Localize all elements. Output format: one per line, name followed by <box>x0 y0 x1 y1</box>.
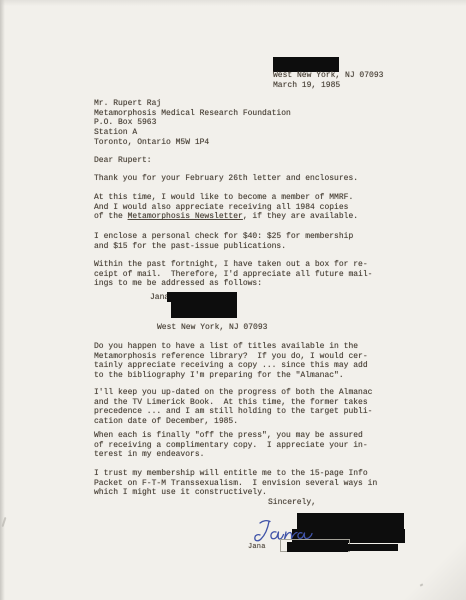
paragraph-line: and the TV Limerick Book. At this time, … <box>94 398 372 408</box>
inset-address-city: West New York, NJ 07093 <box>157 323 267 333</box>
salutation: Dear Rupert: <box>94 156 152 166</box>
paragraph-line: At this time, I would like to become a m… <box>94 193 358 203</box>
paragraph-line: I'll keep you up-dated on the progress o… <box>94 388 372 398</box>
recipient-station: Station A <box>94 128 291 138</box>
paragraph-line: and $15 for the past-issue publications. <box>94 242 353 252</box>
paragraph-line: to the bibliography I'm preparing for th… <box>94 371 368 381</box>
recipient-city: Toronto, Ontario M5W 1P4 <box>94 138 291 148</box>
pencil-mark <box>2 517 7 527</box>
recipient-block: Mr. Rupert Raj Metamorphosis Medical Res… <box>94 99 291 148</box>
paragraph-line: When each is finally "off the press", yo… <box>94 431 368 441</box>
paragraph-line: cation date of December, 1985. <box>94 417 372 427</box>
paragraph-1: Thank you for your February 26th letter … <box>94 174 358 184</box>
typed-signature-name: Jana <box>248 543 266 553</box>
letter-page: West New York, NJ 07093 March 19, 1985 M… <box>0 0 466 600</box>
paragraph-8: I trust my membership will entitle me to… <box>94 469 377 498</box>
paragraph-line: precedence ... and I am still holding to… <box>94 407 372 417</box>
redaction-inset-street-2 <box>171 301 237 318</box>
recipient-org: Metamorphosis Medical Research Foundatio… <box>94 109 291 119</box>
paragraph-line: ings to me be addressed as follows: <box>94 279 372 289</box>
paragraph-line: I trust my membership will entitle me to… <box>94 469 377 479</box>
recipient-name: Mr. Rupert Raj <box>94 99 291 109</box>
paragraph-line-post: , if they are available. <box>243 212 358 221</box>
paragraph-line: of receiving a complimentary copy. I app… <box>94 441 368 451</box>
letter-date: March 19, 1985 <box>273 81 340 91</box>
paragraph-5: Do you happen to have a list of titles a… <box>94 342 368 381</box>
redaction-typed-surname-1 <box>287 542 348 552</box>
paragraph-line: terest in my endeavors. <box>94 450 368 460</box>
paragraph-line: Packet on F-T-M Transsexualism. I envisi… <box>94 479 377 489</box>
redaction-sender-address <box>273 57 339 72</box>
paragraph-line: ceipt of mail. Therefore, I'd appreciate… <box>94 270 372 280</box>
newsletter-title-underlined: Metamorphosis Newsletter <box>128 212 243 221</box>
recipient-pobox: P.O. Box 5963 <box>94 118 291 128</box>
sender-city: West New York, NJ 07093 <box>273 71 383 81</box>
paragraph-3: I enclose a personal check for $40: $25 … <box>94 232 353 251</box>
closing: Sincerely, <box>268 498 316 508</box>
redaction-typed-surname-2 <box>347 544 398 551</box>
paragraph-2: At this time, I would like to become a m… <box>94 193 358 222</box>
paragraph-7: When each is finally "off the press", yo… <box>94 431 368 460</box>
paragraph-line: of the Metamorphosis Newsletter, if they… <box>94 212 358 222</box>
paragraph-line: And I would also appreciate receiving al… <box>94 203 358 213</box>
paragraph-line: which I might use it constructively. <box>94 488 377 498</box>
paragraph-line: Within the past fortnight, I have taken … <box>94 260 372 270</box>
paragraph-line: Do you happen to have a list of titles a… <box>94 342 368 352</box>
paragraph-line-pre: of the <box>94 212 128 221</box>
paragraph-line: Metamorphosis reference library? If you … <box>94 352 368 362</box>
paragraph-4: Within the past fortnight, I have taken … <box>94 260 372 289</box>
paragraph-6: I'll keep you up-dated on the progress o… <box>94 388 372 427</box>
paragraph-line: Thank you for your February 26th letter … <box>94 174 358 184</box>
paragraph-line: I enclose a personal check for $40: $25 … <box>94 232 353 242</box>
paragraph-line: tainly appreciate receiving a copy ... s… <box>94 361 368 371</box>
scan-speck <box>420 583 424 586</box>
